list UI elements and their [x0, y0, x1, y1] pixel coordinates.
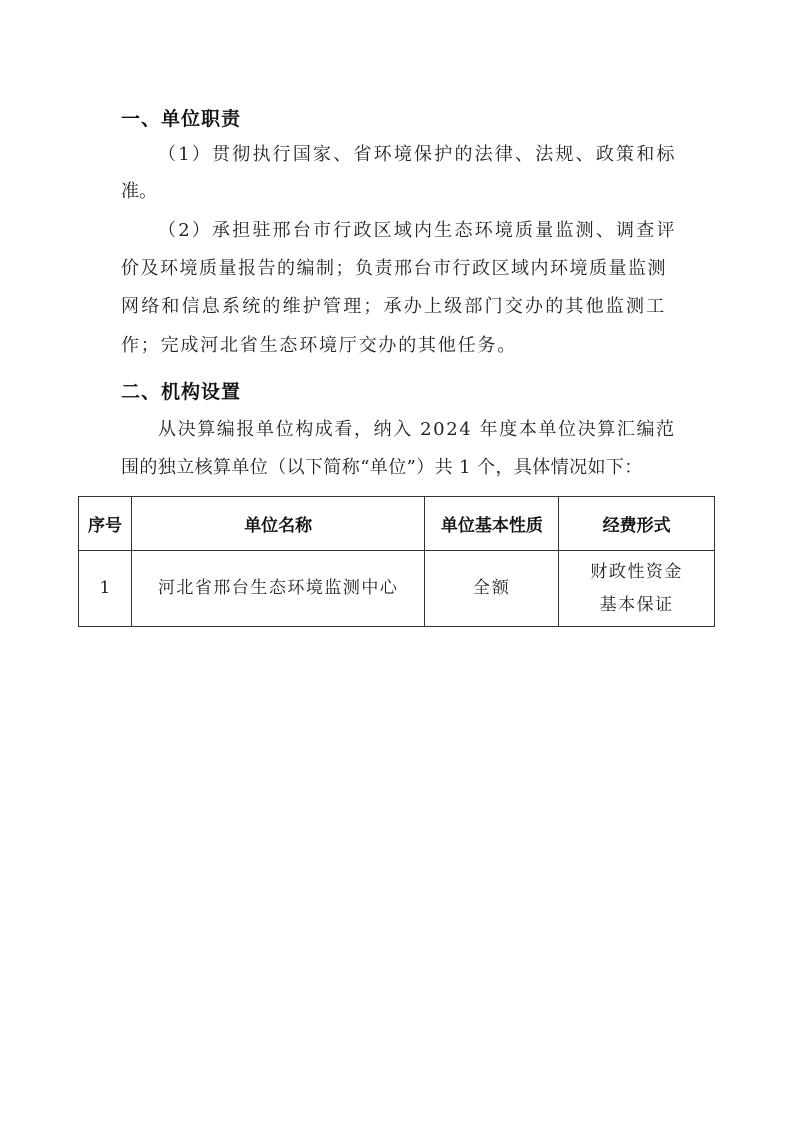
header-serial-no: 序号	[79, 497, 132, 551]
paragraph-line: 围的独立核算单位（以下简称“单位”）共 1 个，具体情况如下：	[121, 456, 643, 480]
paragraph-line: 网络和信息系统的维护管理；承办上级部门交办的其他监测工	[121, 295, 666, 319]
header-unit-nature: 单位基本性质	[425, 497, 559, 551]
funding-form-line2: 基本保证	[559, 589, 714, 622]
cell-unit-nature: 全额	[425, 551, 559, 627]
paragraph-line: 价及环境质量报告的编制；负责邢台市行政区域内环境质量监测	[121, 257, 667, 281]
section-heading-organization: 二、机构设置	[121, 380, 241, 404]
section-heading-unit-duties: 一、单位职责	[121, 107, 241, 131]
paragraph-line: 作；完成河北省生态环境厅交办的其他任务。	[121, 334, 517, 358]
table-header-row: 序号 单位名称 单位基本性质 经费形式	[79, 497, 715, 551]
unit-table: 序号 单位名称 单位基本性质 经费形式 1 河北省邢台生态环境监测中心 全额 财…	[78, 496, 715, 627]
cell-serial-no: 1	[79, 551, 132, 627]
funding-form-line1: 财政性资金	[559, 556, 714, 589]
paragraph-line: （2）承担驻邢台市行政区域内生态环境质量监测、调查评	[158, 219, 677, 243]
header-funding-form: 经费形式	[559, 497, 715, 551]
paragraph-line: 从决算编报单位构成看，纳入 2024 年度本单位决算汇编范	[158, 418, 676, 442]
header-unit-name: 单位名称	[131, 497, 425, 551]
document-page: 一、单位职责 （1）贯彻执行国家、省环境保护的法律、法规、政策和标 准。 （2）…	[0, 0, 793, 1122]
table-row: 1 河北省邢台生态环境监测中心 全额 财政性资金 基本保证	[79, 551, 715, 627]
paragraph-line: （1）贯彻执行国家、省环境保护的法律、法规、政策和标	[158, 143, 677, 167]
cell-funding-form: 财政性资金 基本保证	[559, 551, 715, 627]
paragraph-line: 准。	[121, 180, 157, 204]
cell-unit-name: 河北省邢台生态环境监测中心	[131, 551, 425, 627]
